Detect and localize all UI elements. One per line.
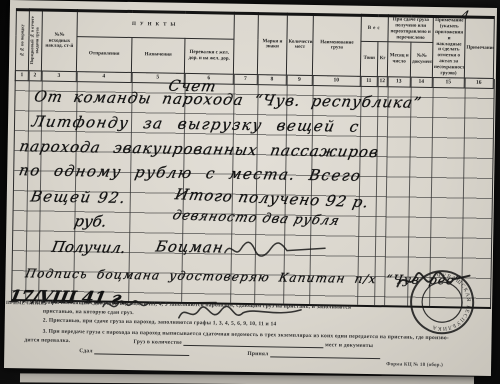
stamp-ring-text: ЧУВАШСКАЯ РЕСПУБЛИКА xyxy=(421,268,476,334)
footer-note-3b: дится перевалка. xyxy=(24,337,70,344)
header-cell-order-no: №№ по порядку xyxy=(15,10,29,71)
form-number: Форма КЦ № 18 (обор.) xyxy=(386,362,443,368)
prinyal-label: Принял xyxy=(247,351,268,357)
header-cell-destination: Назначения xyxy=(131,37,185,73)
header-label: №№ по порядку xyxy=(20,24,25,57)
footer-note-1b: пристанью, на которую сдан груз. xyxy=(43,309,134,317)
footer-handed-line: Сдал Принял xyxy=(79,348,380,359)
photo-border-strip xyxy=(20,373,474,384)
round-stamp: ЧУВАШСКАЯ РЕСПУБЛИКА xyxy=(403,263,480,340)
seats-docs-label: мест и документы xyxy=(325,342,373,349)
cargo-quantity-blank xyxy=(183,340,323,348)
header-cell-month-day: Месяц и число xyxy=(387,41,411,77)
header-cell-quantity: Количество мест xyxy=(286,14,313,75)
header-group-points: ПУНКТЫ xyxy=(77,11,234,39)
svg-text:ЧУВАШСКАЯ РЕСПУБЛИКА: ЧУВАШСКАЯ РЕСПУБЛИКА xyxy=(421,268,476,334)
header-cell-kg: Кг xyxy=(377,41,388,76)
scanned-waybill-paper: 4 №№ по порядку Порядковый № в отчете вы… xyxy=(4,0,497,376)
header-cell-transshipment: Перевалки с жел. дор. и на жел. дор. xyxy=(184,38,234,74)
header-cell-blank xyxy=(233,13,258,74)
boatswain-signature xyxy=(221,237,331,265)
header-cell-marks: Марки и знаки xyxy=(257,14,287,75)
header-cell-remark-long: Примечание (указать приложения и накладн… xyxy=(432,17,465,78)
header-cell-cargo-name: Наименование груза xyxy=(312,15,361,77)
handwritten-line-5a: Вещей 92. xyxy=(29,187,128,207)
handwritten-received-label: Получил. xyxy=(50,238,127,257)
handwritten-boatswain-label: Боцман xyxy=(154,237,225,256)
cargo-quantity-label: Груз в количестве xyxy=(133,339,182,346)
header-cell-departure: Отправления xyxy=(76,36,132,72)
sdal-blank xyxy=(94,348,189,356)
header-cell-doc-numbers: №№ документов xyxy=(410,42,433,78)
prinyal-blank xyxy=(270,351,380,359)
handwritten-line-6a: руб. xyxy=(73,212,109,230)
header-group-delivery: При сдаче груза получено или переотправл… xyxy=(388,16,433,42)
header-group-weight: Вес xyxy=(361,15,388,41)
header-label: Порядковый № в отчете выдачи груза xyxy=(30,12,41,70)
header-cell-tons: Тонн xyxy=(360,41,378,76)
header-cell-report-no: Порядковый № в отчете выдачи груза xyxy=(28,10,42,71)
header-cell-source-waybills: №№ исходных наклад. ст-й xyxy=(41,10,77,71)
header-cell-remark: Примечание xyxy=(464,17,494,78)
sdal-label: Сдал xyxy=(79,348,93,354)
